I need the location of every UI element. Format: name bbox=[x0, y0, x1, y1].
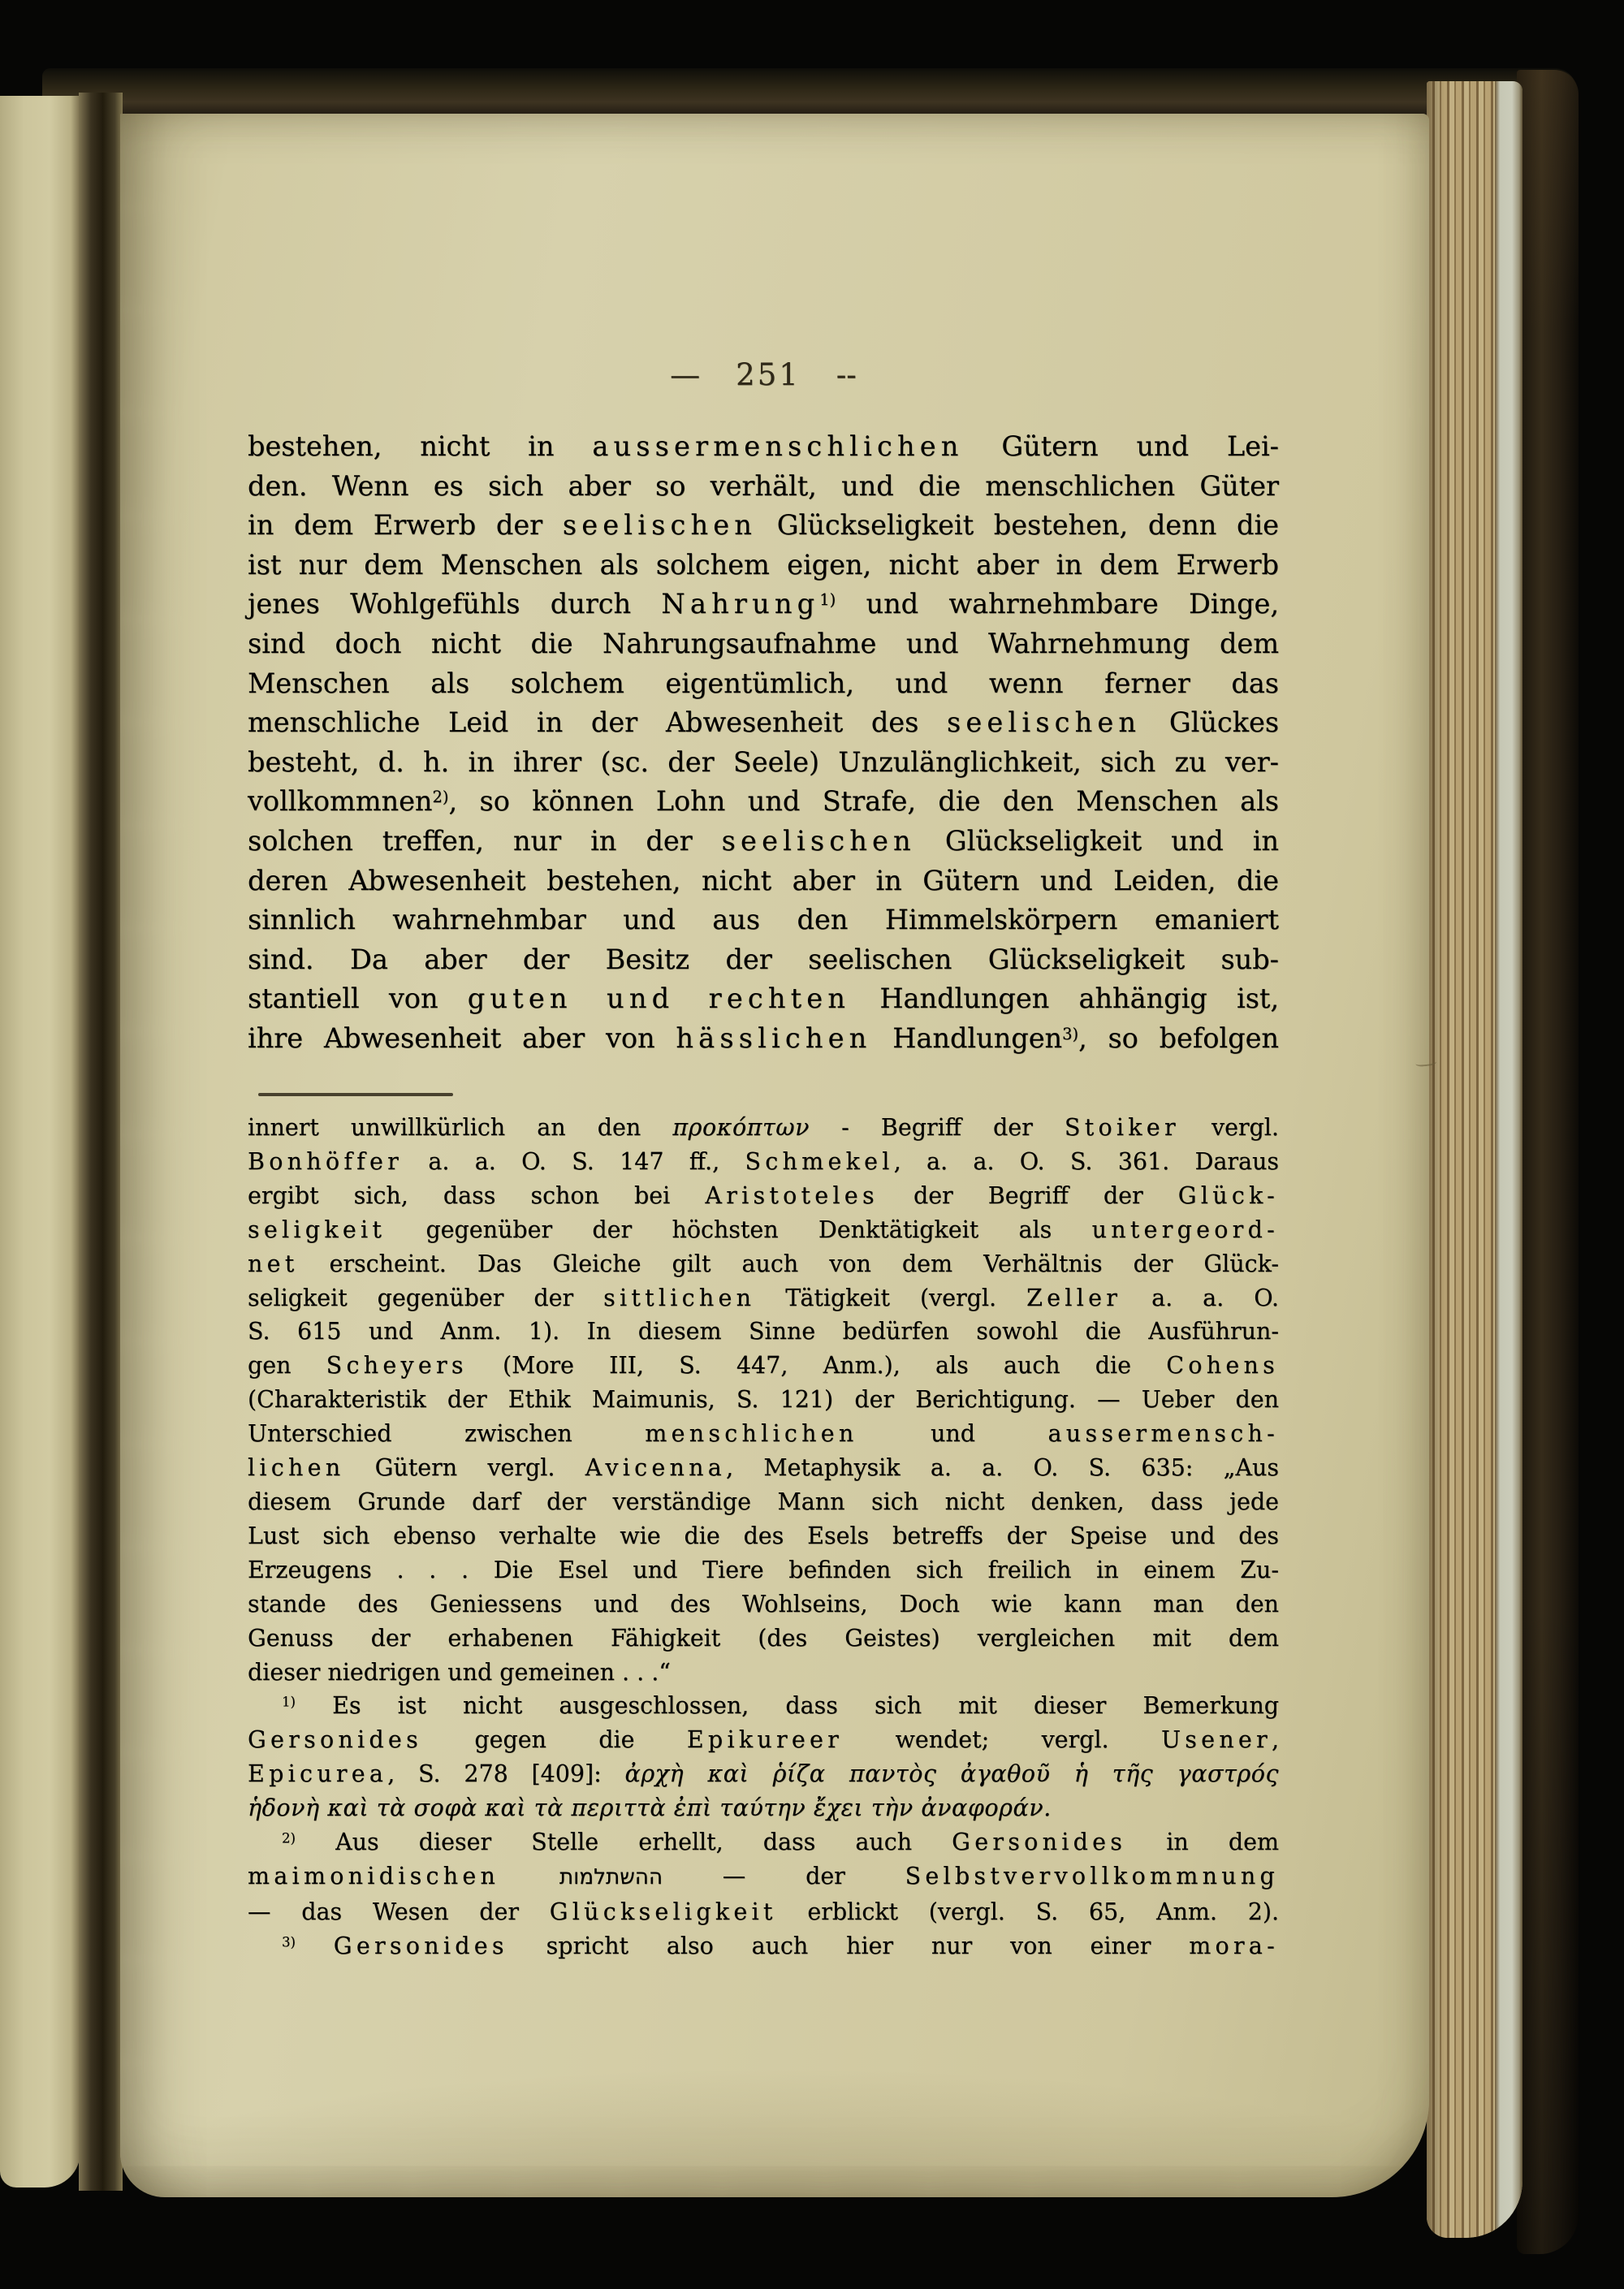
text-line: Lust sich ebenso verhalte wie die des Es… bbox=[248, 1519, 1279, 1553]
text-segment: Glückseligkeit bbox=[550, 1898, 777, 1925]
text-line: maimonidischen ההשתלמות — der Selbstverv… bbox=[248, 1859, 1279, 1895]
greek-text: προκόπτων bbox=[672, 1114, 810, 1141]
text-line: stande des Geniessens und des Wohlseins,… bbox=[248, 1587, 1279, 1622]
text-segment: diesem Grunde darf der verständige Mann … bbox=[248, 1488, 1279, 1515]
text-segment: erscheint. Das Gleiche gilt auch von dem… bbox=[299, 1250, 1280, 1277]
text-line: — das Wesen der Glückseligkeit erblickt … bbox=[248, 1895, 1279, 1929]
text-segment: Gersonides bbox=[248, 1726, 422, 1753]
text-segment: Lust sich ebenso verhalte wie die des Es… bbox=[248, 1522, 1279, 1549]
footnote-separator bbox=[258, 1093, 453, 1096]
text-line: seligkeit gegenüber der sittlichen Tätig… bbox=[248, 1281, 1279, 1315]
text-segment: (More III, S. 447, Anm.), als auch die bbox=[468, 1352, 1166, 1379]
footnote-marker: 3) bbox=[282, 1934, 296, 1950]
text-line: besteht, d. h. in ihrer (sc. der Seele) … bbox=[248, 743, 1279, 783]
text-segment: Gütern und Lei- bbox=[964, 430, 1279, 462]
text-line: 2) Aus dieser Stelle erhellt, dass auch … bbox=[248, 1825, 1279, 1859]
text-segment: ihre Abwesenheit aber von bbox=[248, 1022, 676, 1054]
text-segment: Gütern vergl. bbox=[344, 1454, 585, 1481]
text-segment: Tätigkeit (vergl. bbox=[755, 1285, 1026, 1311]
text-segment: in dem bbox=[1126, 1829, 1279, 1855]
text-segment: Gersonides bbox=[334, 1933, 508, 1959]
main-text-block: bestehen, nicht in aussermenschlichen Gü… bbox=[248, 427, 1279, 1059]
text-segment: seligkeit gegenüber der bbox=[248, 1285, 603, 1311]
footnote-marker: 1) bbox=[282, 1695, 296, 1710]
text-segment: hässlichen bbox=[676, 1022, 871, 1054]
text-segment: seligkeit bbox=[248, 1216, 386, 1243]
text-segment: Schmekel bbox=[745, 1148, 893, 1175]
text-segment: maimonidischen bbox=[248, 1863, 499, 1890]
text-segment: ergibt sich, dass schon bei bbox=[248, 1182, 705, 1209]
text-line: sind. Da aber der Besitz der seelischen … bbox=[248, 940, 1279, 980]
text-line: Bonhöffer a. a. O. S. 147 ff., Schmekel,… bbox=[248, 1145, 1279, 1179]
text-segment: Cohens bbox=[1166, 1352, 1279, 1379]
text-segment: sind. Da aber der Besitz der seelischen … bbox=[248, 944, 1279, 975]
text-segment: seelischen bbox=[722, 825, 916, 857]
text-segment: der Begriff der bbox=[879, 1182, 1178, 1209]
text-line: solchen treffen, nur in der seelischen G… bbox=[248, 822, 1279, 862]
text-line: diesem Grunde darf der verständige Mann … bbox=[248, 1485, 1279, 1519]
text-segment: , so können Lohn und Strafe, die den Men… bbox=[448, 785, 1279, 817]
text-segment: Avicenna bbox=[585, 1454, 726, 1481]
text-line: deren Abwesenheit bestehen, nicht aber i… bbox=[248, 862, 1279, 901]
text-segment: Nahrung bbox=[661, 588, 819, 620]
text-segment: seelischen bbox=[947, 706, 1141, 738]
text-segment: Glückseligkeit und in bbox=[916, 825, 1279, 857]
text-line: ἡδονὴ καὶ τὰ σοφὰ καὶ τὰ περιττὰ ἐπὶ ταύ… bbox=[248, 1791, 1279, 1825]
flyleaf-edge bbox=[1495, 81, 1522, 2238]
text-segment: guten und rechten bbox=[468, 983, 850, 1014]
text-segment: vollkommnen bbox=[248, 785, 433, 817]
text-segment: sinnlich wahrnehmbar und aus den Himmels… bbox=[248, 904, 1279, 935]
text-segment: in dem Erwerb der bbox=[248, 509, 563, 541]
text-segment: Handlungen ahhängig ist, bbox=[850, 983, 1279, 1014]
text-segment: Aus dieser Stelle erhellt, dass auch bbox=[296, 1829, 952, 1855]
footnote-marker: 2) bbox=[433, 788, 449, 806]
text-segment bbox=[499, 1863, 559, 1890]
text-segment: menschliche Leid in der Abwesenheit des bbox=[248, 706, 947, 738]
text-segment: stande des Geniessens und des Wohlseins,… bbox=[248, 1591, 1279, 1617]
text-segment: innert unwillkürlich an den bbox=[248, 1114, 672, 1141]
footnote-marker: 1) bbox=[819, 590, 836, 609]
text-segment: gegen die bbox=[422, 1726, 687, 1753]
text-segment: Menschen als solchem eigentümlich, und w… bbox=[248, 667, 1279, 699]
text-segment: Erzeugens . . . Die Esel und Tiere befin… bbox=[248, 1557, 1279, 1583]
text-segment: , bbox=[1272, 1726, 1279, 1753]
text-line: ist nur dem Menschen als solchem eigen, … bbox=[248, 546, 1279, 585]
book-cover-right-edge bbox=[1517, 70, 1579, 2254]
text-line: vollkommnen2), so können Lohn und Strafe… bbox=[248, 782, 1279, 822]
text-segment: — das Wesen der bbox=[248, 1898, 550, 1925]
text-segment: a. a. O. S. 147 ff., bbox=[403, 1148, 745, 1175]
text-segment: spricht also auch hier nur von einer bbox=[508, 1933, 1189, 1959]
text-segment: mora- bbox=[1189, 1933, 1279, 1959]
text-line: jenes Wohlgefühls durch Nahrung1) und wa… bbox=[248, 585, 1279, 624]
text-line: Genuss der erhabenen Fähigkeit (des Geis… bbox=[248, 1622, 1279, 1656]
header-dash-left: — bbox=[670, 357, 700, 392]
text-segment: , S. 278 [409]: bbox=[387, 1760, 624, 1787]
text-segment: vergl. bbox=[1180, 1114, 1279, 1141]
text-line: stantiell von guten und rechten Handlung… bbox=[248, 979, 1279, 1019]
text-segment: gen bbox=[248, 1352, 326, 1379]
text-segment: Scheyers bbox=[326, 1352, 468, 1379]
text-segment: dieser niedrigen und gemeinen . . .“ bbox=[248, 1659, 671, 1686]
text-line: ergibt sich, dass schon bei Aristoteles … bbox=[248, 1179, 1279, 1213]
greek-text: ἡδονὴ καὶ τὰ σοφὰ καὶ τὰ περιττὰ ἐπὶ ταύ… bbox=[248, 1794, 1052, 1821]
text-segment: Es ist nicht ausgeschlossen, dass sich m… bbox=[296, 1692, 1279, 1719]
text-segment: stantiell von bbox=[248, 983, 468, 1014]
text-segment: jenes Wohlgefühls durch bbox=[248, 588, 661, 620]
book-page: — 251 -- bestehen, nicht in aussermensch… bbox=[120, 114, 1429, 2197]
text-segment: wendet; vergl. bbox=[843, 1726, 1161, 1753]
text-segment: Epicurea bbox=[248, 1760, 387, 1787]
text-segment: S. 615 und Anm. 1). In diesem Sinne bedü… bbox=[248, 1318, 1279, 1345]
text-line: innert unwillkürlich an den προκόπτων - … bbox=[248, 1111, 1279, 1145]
text-segment: Genuss der erhabenen Fähigkeit (des Geis… bbox=[248, 1625, 1279, 1652]
text-segment: Usener bbox=[1161, 1726, 1272, 1753]
page-edge-lines bbox=[1427, 81, 1495, 2238]
text-segment: erblickt (vergl. S. 65, Anm. 2). bbox=[777, 1898, 1279, 1925]
hebrew-term: ההשתלמות bbox=[559, 1865, 663, 1890]
text-segment: lichen bbox=[248, 1454, 344, 1481]
text-segment: - Begriff der bbox=[810, 1114, 1065, 1141]
footnotes-block: innert unwillkürlich an den προκόπτων - … bbox=[248, 1111, 1279, 1963]
text-segment: gegenüber der höchsten Denktätigkeit als bbox=[386, 1216, 1091, 1243]
book-cover-top-edge bbox=[42, 68, 1577, 117]
text-segment: besteht, d. h. in ihrer (sc. der Seele) … bbox=[248, 746, 1279, 778]
text-line: sinnlich wahrnehmbar und aus den Himmels… bbox=[248, 900, 1279, 940]
text-line: dieser niedrigen und gemeinen . . .“ bbox=[248, 1656, 1279, 1690]
text-segment: aussermenschlichen bbox=[592, 430, 963, 462]
text-segment: sind doch nicht die Nahrungsaufnahme und… bbox=[248, 628, 1279, 659]
text-segment: Bonhöffer bbox=[248, 1148, 403, 1175]
text-segment: , a. a. O. S. 361. Daraus bbox=[894, 1148, 1279, 1175]
text-segment: untergeord- bbox=[1092, 1216, 1279, 1243]
text-line: 1) Es ist nicht ausgeschlossen, dass sic… bbox=[248, 1689, 1279, 1723]
text-line: in dem Erwerb der seelischen Glückseligk… bbox=[248, 506, 1279, 546]
page-stack-fore-edge bbox=[1427, 81, 1522, 2238]
text-line: Unterschied zwischen menschlichen und au… bbox=[248, 1417, 1279, 1451]
text-segment: Glückes bbox=[1141, 706, 1279, 738]
text-line: den. Wenn es sich aber so verhält, und d… bbox=[248, 467, 1279, 507]
text-segment: Stoiker bbox=[1065, 1114, 1180, 1141]
text-segment: bestehen, nicht in bbox=[248, 430, 592, 462]
text-line: Menschen als solchem eigentümlich, und w… bbox=[248, 664, 1279, 704]
text-line: net erscheint. Das Gleiche gilt auch von… bbox=[248, 1247, 1279, 1281]
text-segment: solchen treffen, nur in der bbox=[248, 825, 722, 857]
text-segment: und bbox=[858, 1420, 1048, 1447]
text-segment: net bbox=[248, 1250, 299, 1277]
text-segment: (Charakteristik der Ethik Maimunis, S. 1… bbox=[248, 1386, 1279, 1413]
text-line: menschliche Leid in der Abwesenheit des … bbox=[248, 703, 1279, 743]
text-segment: seelischen bbox=[563, 509, 757, 541]
text-segment: Unterschied zwischen bbox=[248, 1420, 645, 1447]
text-segment: Aristoteles bbox=[705, 1182, 878, 1209]
text-line: Gersonides gegen die Epikureer wendet; v… bbox=[248, 1723, 1279, 1757]
text-line: lichen Gütern vergl. Avicenna, Metaphysi… bbox=[248, 1451, 1279, 1485]
text-segment: , Metaphysik a. a. O. S. 635: „Aus bbox=[726, 1454, 1279, 1481]
text-line: Epicurea, S. 278 [409]: ἀρχὴ καὶ ῥίζα πα… bbox=[248, 1757, 1279, 1791]
text-segment: Zeller bbox=[1026, 1285, 1121, 1311]
text-segment: deren Abwesenheit bestehen, nicht aber i… bbox=[248, 865, 1279, 896]
text-segment: menschlichen bbox=[645, 1420, 857, 1447]
text-segment: Glück- bbox=[1178, 1182, 1279, 1209]
text-segment: Glückseligkeit bestehen, denn die bbox=[757, 509, 1279, 541]
book-scan: — 251 -- bestehen, nicht in aussermensch… bbox=[0, 0, 1624, 2289]
greek-text: ἀρχὴ καὶ ῥίζα παντὸς ἀγαθοῦ ἡ τῆς γαστρό… bbox=[625, 1760, 1279, 1787]
text-segment: aussermensch- bbox=[1048, 1420, 1279, 1447]
text-line: seligkeit gegenüber der höchsten Denktät… bbox=[248, 1213, 1279, 1247]
page-number: 251 bbox=[736, 357, 801, 392]
text-line: gen Scheyers (More III, S. 447, Anm.), a… bbox=[248, 1349, 1279, 1383]
footnote-marker: 3) bbox=[1062, 1025, 1078, 1043]
text-segment: Selbstvervollkommnung bbox=[905, 1863, 1279, 1890]
page-header: — 251 -- bbox=[248, 357, 1279, 392]
text-segment: Handlungen bbox=[871, 1022, 1062, 1054]
text-segment: — der bbox=[663, 1863, 905, 1890]
text-line: bestehen, nicht in aussermenschlichen Gü… bbox=[248, 427, 1279, 467]
text-segment: , so befolgen bbox=[1078, 1022, 1279, 1054]
text-segment: Gersonides bbox=[952, 1829, 1126, 1855]
text-segment bbox=[296, 1933, 334, 1959]
text-line: 3) Gersonides spricht also auch hier nur… bbox=[248, 1929, 1279, 1963]
text-line: Erzeugens . . . Die Esel und Tiere befin… bbox=[248, 1553, 1279, 1587]
facing-page-sliver bbox=[0, 96, 80, 2188]
text-segment: den. Wenn es sich aber so verhält, und d… bbox=[248, 470, 1279, 502]
text-segment: sittlichen bbox=[603, 1285, 755, 1311]
text-segment: Epikureer bbox=[687, 1726, 843, 1753]
text-line: S. 615 und Anm. 1). In diesem Sinne bedü… bbox=[248, 1315, 1279, 1349]
book-gutter-shadow bbox=[79, 93, 123, 2191]
text-segment: und wahrnehmbare Dinge, bbox=[836, 588, 1279, 620]
text-segment: a. a. O. bbox=[1121, 1285, 1279, 1311]
footnote-marker: 2) bbox=[282, 1830, 296, 1846]
header-dash-right: -- bbox=[836, 357, 857, 392]
text-line: ihre Abwesenheit aber von hässlichen Han… bbox=[248, 1019, 1279, 1059]
text-line: sind doch nicht die Nahrungsaufnahme und… bbox=[248, 624, 1279, 664]
text-segment: ist nur dem Menschen als solchem eigen, … bbox=[248, 549, 1279, 581]
text-line: (Charakteristik der Ethik Maimunis, S. 1… bbox=[248, 1383, 1279, 1417]
